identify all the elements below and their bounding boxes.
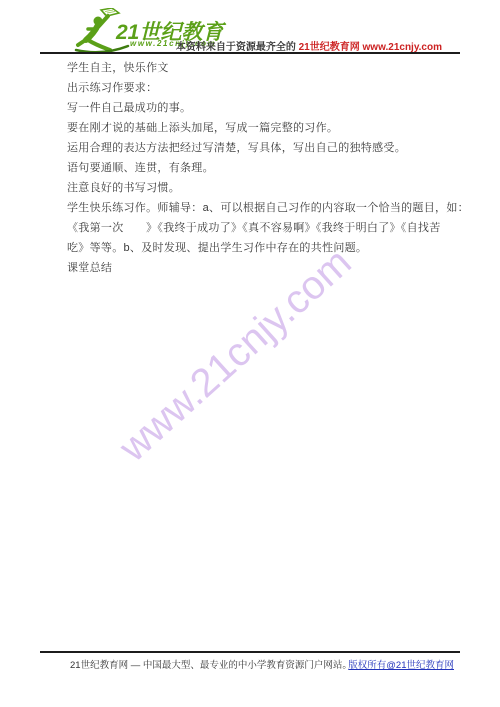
text-line: 语句要通顺、连贯，有条理。 [67,158,447,178]
text-line: 学生自主，快乐作文 [67,58,447,78]
copyright-link[interactable]: 版权所有@21世纪教育网 [348,658,454,673]
footer-site-description: 21世纪教育网 — 中国最大型、最专业的中小学教育资源门户网站。 [70,658,352,673]
text-line: 《我第一次 》《我终于成功了》《真不容易啊》《我终于明白了》《自找苦 [67,218,447,238]
text-line: 写一件自己最成功的事。 [67,98,447,118]
footer-divider [40,651,460,653]
page-footer: 21世纪教育网 — 中国最大型、最专业的中小学教育资源门户网站。 版权所有@21… [40,658,460,674]
text-line: 注意良好的书写习惯。 [67,178,447,198]
text-line: 出示练习作要求： [67,78,447,98]
text-line: 要在刚才说的基础上添头加尾，写成一篇完整的习作。 [67,118,447,138]
text-line: 学生快乐练习作。师辅导：a、可以根据自己习作的内容取一个恰当的题目，如： [67,198,447,218]
document-text: 学生自主，快乐作文 出示练习作要求： 写一件自己最成功的事。 要在刚才说的基础上… [67,58,447,278]
text-line: 运用合理的表达方法把经过写清楚，写具体，写出自己的独特感受。 [67,138,447,158]
page-header: 21世纪教育 www.21cnjy.com 本资料来自于资源最齐全的 21世纪教… [0,0,500,56]
text-line: 课堂总结 [67,258,447,278]
header-notice: 本资料来自于资源最齐全的 21世纪教育网 www.21cnjy.com [176,38,442,53]
text-line: 吃》等等。b、及时发现、提出学生习作中存在的共性问题。 [67,238,447,258]
document-page: 21世纪教育 www.21cnjy.com 本资料来自于资源最齐全的 21世纪教… [0,0,500,707]
header-divider [40,52,460,54]
